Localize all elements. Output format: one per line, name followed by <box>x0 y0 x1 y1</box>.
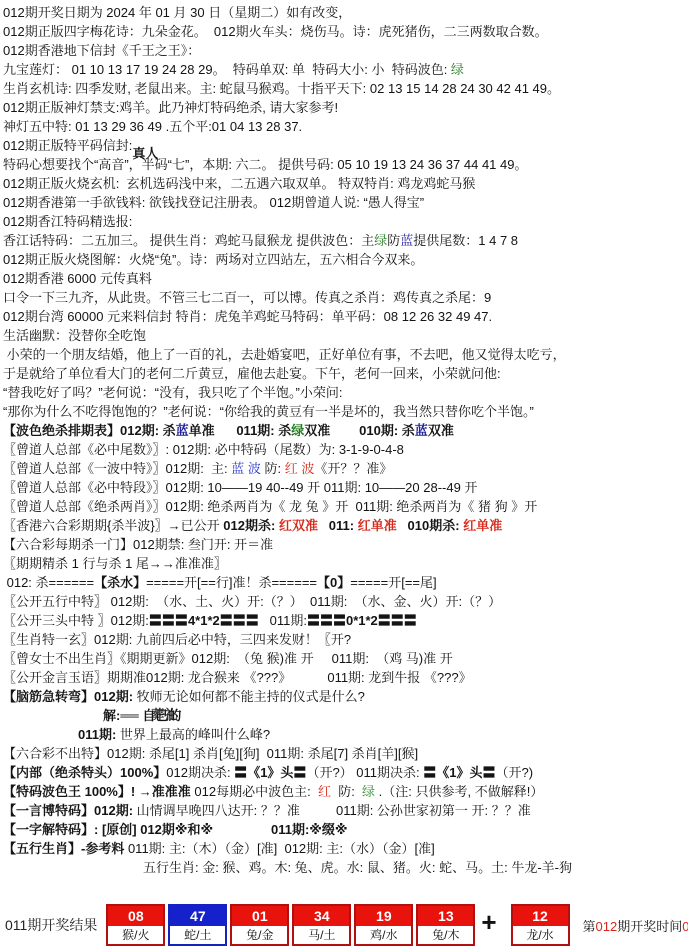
doc-line-14: 012期正版火烧图解：火烧“兔”。诗：两场对立四站左，五六相合今双来。 <box>3 250 685 269</box>
ball-number: 13 <box>418 906 473 926</box>
draw-results-label: 011期开奖结果 <box>5 915 97 935</box>
doc-line-44: 【一字解特码】: [原创] 012期※和※ 011期:※缀※ <box>3 820 685 839</box>
doc-text-segment: 〖曾道人总部《绝杀两肖》〗012期: 绝杀两肖为《 龙 兔 》开 011期: 绝… <box>3 499 537 514</box>
doc-text-segment: 绿 <box>451 62 464 77</box>
doc-line-33: 〖公开三头中特 〗012期:〓〓〓4*1*2〓〓〓 011期:〓〓〓0*1*2〓… <box>3 611 685 630</box>
doc-text-segment: 生肖玄机诗: 四季发财, 老鼠出来。主: 蛇鼠马猴鸡。十指平天下: 02 13 … <box>3 81 560 96</box>
doc-text-segment: 〖公开五行中特〗 012期: （水、土、火）开:（？） 011期: （水、金、火… <box>3 594 501 609</box>
doc-text-segment: 蓝 <box>176 423 189 438</box>
doc-text-segment: =====开[==行]准！杀====== <box>146 575 317 590</box>
doc-line-10: 012期正版火烧玄机: 玄机选码浅中来，二五遇六取双单。 特双特肖: 鸡龙鸡蛇马… <box>3 174 685 193</box>
ball-number: 08 <box>108 906 163 926</box>
doc-text-segment: 小荣的一个朋友结婚，他上了一百的礼，去赴婚宴吧，正好单位有事，不去吧，他又觉得太… <box>3 347 566 362</box>
doc-line-38: 解:══ 自己的葬礼 <box>3 706 685 725</box>
doc-line-26: 〖曾道人总部《必中特段》〗012期: 10——19 40--49 开 011期:… <box>3 478 685 497</box>
doc-text-segment: 【脑筋急转弯】012期: <box>3 689 137 704</box>
overlap-stamp-text: 真人 <box>132 146 158 161</box>
doc-text-segment: 蓝 <box>400 233 413 248</box>
next-draw-segment: 01 <box>682 919 688 934</box>
doc-text-segment: 012期香港地下信封《千王之王》： <box>3 43 200 58</box>
doc-text-segment: 〓〓〓 <box>378 613 417 628</box>
doc-line-4: 九宝莲灯： 01 10 13 17 19 24 28 29。 特码单双: 单 特… <box>3 60 685 79</box>
ball-zodiac-element: 马/土 <box>294 926 349 944</box>
doc-text-segment: 香江话特码：二五加三。 提供生肖：鸡蛇马鼠猴龙 提供波色：主 <box>3 233 374 248</box>
doc-text-segment: 0*1*2 <box>346 613 378 628</box>
doc-text-segment: 012期台湾 60000 元来料信封 特肖：虎兔羊鸡蛇马特码：单平码：08 12… <box>3 309 492 324</box>
draw-results-bar: 011期开奖结果 08猴/火47蛇/土01兔/金34马/土19鸡/水13兔/木 … <box>0 902 688 948</box>
doc-text-segment: 红 波 <box>285 461 315 476</box>
doc-line-46: 五行生肖: 金: 猴、鸡。木: 兔、虎。水: 鼠、猪。火: 蛇、马。土: 牛龙-… <box>3 858 685 877</box>
doc-text-segment: 【六合彩不出特】012期: 杀尾[1] 杀肖[兔][狗] 011期: 杀尾[7]… <box>3 746 418 761</box>
doc-line-29: 【六合彩每期杀一门】012期禁: 叁门开: 开＝准 <box>3 535 685 554</box>
doc-text-segment: 〖公开金言玉语〗期期准012期: 龙合猴来 《???》 011期: 龙到牛报 《… <box>3 670 472 685</box>
doc-text-segment: 绿 <box>362 784 375 799</box>
doc-text-segment: 提供尾数：1 4 7 8 <box>413 233 518 248</box>
ball-zodiac-element: 猴/火 <box>108 926 163 944</box>
doc-line-5: 生肖玄机诗: 四季发财, 老鼠出来。主: 蛇鼠马猴鸡。十指平天下: 02 13 … <box>3 79 685 98</box>
doc-line-13: 香江话特码：二五加三。 提供生肖：鸡蛇马鼠猴龙 提供波色：主绿防蓝提供尾数：1 … <box>3 231 685 250</box>
doc-line-32: 〖公开五行中特〗 012期: （水、土、火）开:（？） 011期: （水、金、火… <box>3 592 685 611</box>
doc-line-31: 012: 杀======【杀水】=====开[==行]准！杀======【0】=… <box>3 573 685 592</box>
doc-text-segment: 012期开奖日期为 2024 年 01 月 30 日（星期二）如有改变， <box>3 5 351 20</box>
doc-text-segment: 〖曾道人总部《一波中特》〗012期: 主: <box>3 461 231 476</box>
doc-text-segment: 012期香江特码精选报: <box>3 214 132 229</box>
doc-text-segment: 单准 011期: 杀 <box>189 423 292 438</box>
doc-text-segment: 012期杀: <box>223 518 279 533</box>
doc-text-segment: 红双准 <box>279 518 318 533</box>
doc-text-segment: 【内部（绝杀特头）100%】 <box>3 765 166 780</box>
doc-text-segment: 【五行生肖】-参考料 <box>3 841 128 856</box>
doc-text-segment: 世界上最高的峰叫什么峰? <box>120 727 270 742</box>
doc-text-segment: 011期: <box>259 613 307 628</box>
doc-text-segment: 五行生肖: 金: 猴、鸡。木: 兔、虎。水: 鼠、猪。火: 蛇、马。土: 牛龙-… <box>143 860 572 875</box>
ball-number: 34 <box>294 906 349 926</box>
doc-text-segment: 〖曾道人总部《必中特段》〗012期: 10——19 40--49 开 011期:… <box>3 480 477 495</box>
doc-line-25: 〖曾道人总部《一波中特》〗012期: 主: 蓝 波 防: 红 波《开？？准》 <box>3 459 685 478</box>
doc-text-segment: 011期: 主:（木）（金）[准] 012期: 主:（水）（金）[准] <box>128 841 435 856</box>
doc-line-11: 012期香港第一手欲钱料: 欲钱找登记注册表。 012期曾道人说: “愚人得宝” <box>3 193 685 212</box>
doc-text-segment: 012期正版神灯禁支:鸡羊。此乃神灯特码绝杀, 请大家参考! <box>3 100 338 115</box>
doc-text-segment: 012期香港第一手欲钱料: 欲钱找登记注册表。 012期曾道人说: “愚人得宝” <box>3 195 424 210</box>
doc-line-15: 012期香港 6000 元传真料 <box>3 269 685 288</box>
doc-text-segment: 012期正版特平码信封: <box>3 138 132 153</box>
plus-sign: + <box>481 907 496 938</box>
doc-text-segment: 〖香港六合彩期期{杀半波}〗→已公开 <box>3 518 223 533</box>
doc-line-35: 〖曾女士不出生肖〗《期期更新》012期: （兔 猴)准 开 011期: （鸡 马… <box>3 649 685 668</box>
doc-text-segment: 〓〓〓 <box>149 613 188 628</box>
doc-line-34: 〖生肖特一玄〗012期: 九前四后必中特，三四来发财！〖开? <box>3 630 685 649</box>
doc-text-segment: 〖曾道人总部《必中尾数》〗: 012期: 必中特码（尾数）为: 3-1-9-0-… <box>3 442 404 457</box>
next-draw-info: 第012期开奖时间01月30日 星期二21:30 <box>583 916 688 935</box>
doc-line-23: 【波色绝杀排期表】012期: 杀蓝单准 011期: 杀绿双准 010期: 杀蓝双… <box>3 421 685 440</box>
doc-line-12: 012期香江特码精选报: <box>3 212 685 231</box>
result-ball-5: 19鸡/水 <box>354 904 413 946</box>
doc-text-segment: 红 <box>318 784 331 799</box>
doc-text-segment: 牧师无论如何都不能主持的仪式是什么? <box>137 689 365 704</box>
ball-zodiac-element: 蛇/土 <box>170 926 225 944</box>
doc-text-segment: 【0】 <box>317 575 350 590</box>
doc-text-segment: 011期: <box>78 727 120 742</box>
doc-line-39: 011期: 世界上最高的峰叫什么峰? <box>3 725 685 744</box>
doc-text-segment: 012期正版火烧玄机: 玄机选码浅中来，二五遇六取双单。 特双特肖: 鸡龙鸡蛇马… <box>3 176 475 191</box>
doc-line-3: 012期香港地下信封《千王之王》： <box>3 41 685 60</box>
doc-text-segment: 蓝 波 <box>231 461 261 476</box>
doc-text-segment: 〖期期精杀 1 行与杀 1 尾→→准准准〗 <box>3 556 227 571</box>
lottery-tips-document: 012期开奖日期为 2024 年 01 月 30 日（星期二）如有改变，012期… <box>3 3 685 877</box>
doc-text-segment: 红单准 <box>463 518 502 533</box>
doc-text-segment: 《1》头 <box>247 765 293 780</box>
ball-zodiac-element: 鸡/水 <box>356 926 411 944</box>
doc-line-20: 于是就给了单位看大门的老何二斤黄豆，雇他去赴宴。下午，老何一回来，小荣就问他: <box>3 364 685 383</box>
doc-line-28: 〖香港六合彩期期{杀半波}〗→已公开 012期杀: 红双准 011: 红单准 0… <box>3 516 685 535</box>
doc-text-segment: 特码心想要找个“高音”，半码“七”，本期: 六二。 提供号码: 05 10 19… <box>3 157 527 172</box>
doc-line-21: “替我吃好了吗？”老何说：“没有，我只吃了个半饱。”小荣问: <box>3 383 685 402</box>
doc-text-segment: 《1》头 <box>436 765 482 780</box>
doc-text-segment: 4*1*2 <box>188 613 220 628</box>
draw-balls: 08猴/火47蛇/土01兔/金34马/土19鸡/水13兔/木 <box>106 904 478 946</box>
doc-line-41: 【内部（绝杀特头）100%】012期决杀: 〓《1》头〓（开?） 011期决杀:… <box>3 763 685 782</box>
doc-text-segment: 〓 <box>423 765 436 780</box>
doc-text-segment: 神灯五中特: 01 13 29 36 49 .五个平:01 04 13 28 3… <box>3 119 302 134</box>
doc-text-segment: 于是就给了单位看大门的老何二斤黄豆，雇他去赴宴。下午，老何一回来，小荣就问他: <box>3 366 501 381</box>
next-draw-segment: 第 <box>583 919 596 934</box>
doc-line-7: 神灯五中特: 01 13 29 36 49 .五个平:01 04 13 28 3… <box>3 117 685 136</box>
result-ball-6: 13兔/木 <box>416 904 475 946</box>
doc-text-segment: 〓 <box>482 765 495 780</box>
doc-text-segment: 〓 <box>234 765 247 780</box>
doc-text-segment: 〖曾女士不出生肖〗《期期更新》012期: （兔 猴)准 开 011期: （鸡 马… <box>3 651 453 666</box>
doc-text-segment: 〖公开三头中特 〗012期: <box>3 613 149 628</box>
doc-line-19: 小荣的一个朋友结婚，他上了一百的礼，去赴婚宴吧，正好单位有事，不去吧，他又觉得太… <box>3 345 685 364</box>
doc-text-segment: 【一言博特码】012期: <box>3 803 137 818</box>
doc-text-segment: 双准 <box>428 423 454 438</box>
doc-text-segment: 〓〓〓 <box>307 613 346 628</box>
ball-number: 12 <box>513 906 568 926</box>
doc-line-22: “那你为什么不吃得饱饱的？”老何说：“你给我的黄豆有一半是坏的，我当然只替你吃个… <box>3 402 685 421</box>
special-ball-wrap: 12龙/水 <box>511 904 573 946</box>
doc-text-segment: 012期正版四字梅花诗：九朵金花。 012期火车头：烧伤马。诗：虎死猪伤，二三两… <box>3 24 548 39</box>
doc-text-segment: 【特码波色王 100%】! →准准准 <box>3 784 194 799</box>
doc-text-segment: 防 <box>387 233 400 248</box>
doc-text-segment: 蓝 <box>415 423 428 438</box>
doc-text-segment: （开?） 011期决杀: <box>306 765 423 780</box>
doc-line-6: 012期正版神灯禁支:鸡羊。此乃神灯特码绝杀, 请大家参考! <box>3 98 685 117</box>
doc-text-segment: 011: <box>318 518 358 533</box>
doc-text-segment: 012期正版火烧图解：火烧“兔”。诗：两场对立四站左，五六相合今双来。 <box>3 252 423 267</box>
overlap-stamp-text: 葬礼 <box>151 707 177 722</box>
doc-text-segment: “替我吃好了吗？”老何说：“没有，我只吃了个半饱。”小荣问: <box>3 385 342 400</box>
doc-text-segment: 防: <box>331 784 362 799</box>
result-ball-2: 47蛇/土 <box>168 904 227 946</box>
doc-line-1: 012期开奖日期为 2024 年 01 月 30 日（星期二）如有改变， <box>3 3 685 22</box>
result-ball-4: 34马/土 <box>292 904 351 946</box>
doc-text-segment: 【一字解特码】: [原创] 012期※和※ <box>3 822 213 837</box>
doc-line-16: 口令一下三九齐，从此贵。不管三七二百一，可以博。传真之杀肖：鸡传真之杀尾：9 <box>3 288 685 307</box>
doc-line-42: 【特码波色王 100%】! →准准准 012每期必中波色主: 红 防: 绿 .（… <box>3 782 685 801</box>
result-ball-1: 08猴/火 <box>106 904 165 946</box>
doc-text-segment: .（注: 只供参考, 不做解释!） <box>375 784 543 799</box>
doc-line-37: 【脑筋急转弯】012期: 牧师无论如何都不能主持的仪式是什么? <box>3 687 685 706</box>
doc-text-segment: 解:══ <box>103 708 142 723</box>
doc-text-segment: 红单准 <box>358 518 397 533</box>
ball-zodiac-element: 兔/木 <box>418 926 473 944</box>
doc-line-18: 生活幽默：没替你全吃饱 <box>3 326 685 345</box>
doc-text-segment: 山情调早晚四八达开: ？？准 011期: 公孙世家初第一 开: ？？准 <box>137 803 531 818</box>
doc-text-segment: =====开[==尾] <box>350 575 436 590</box>
doc-text-segment: 011期:※缀※ <box>213 822 347 837</box>
doc-line-9: 特码心想要找个“高音”，半码“七”，本期: 六二。 提供号码: 05 10 19… <box>3 155 685 174</box>
doc-text-segment: 口令一下三九齐，从此贵。不管三七二百一，可以博。传真之杀肖：鸡传真之杀尾：9 <box>3 290 491 305</box>
doc-text-segment: 012期香港 6000 元传真料 <box>3 271 152 286</box>
doc-text-segment: 绿 <box>374 233 387 248</box>
ball-zodiac-element: 兔/金 <box>232 926 287 944</box>
doc-text-segment: 〓〓〓 <box>220 613 259 628</box>
doc-text-segment: 【六合彩每期杀一门】012期禁: 叁门开: 开＝准 <box>3 537 273 552</box>
doc-text-segment: 012每期必中波色主: <box>194 784 318 799</box>
doc-line-40: 【六合彩不出特】012期: 杀尾[1] 杀肖[兔][狗] 011期: 杀尾[7]… <box>3 744 685 763</box>
doc-line-2: 012期正版四字梅花诗：九朵金花。 012期火车头：烧伤马。诗：虎死猪伤，二三两… <box>3 22 685 41</box>
doc-text-segment: 九宝莲灯： 01 10 13 17 19 24 28 29。 特码单双: 单 特… <box>3 62 451 77</box>
doc-text-segment: 绿 <box>291 423 304 438</box>
doc-line-30: 〖期期精杀 1 行与杀 1 尾→→准准准〗 <box>3 554 685 573</box>
ball-number: 19 <box>356 906 411 926</box>
doc-text-segment: 010期杀: <box>397 518 463 533</box>
ball-number: 47 <box>170 906 225 926</box>
doc-text-segment: 012: 杀====== <box>3 575 94 590</box>
doc-line-8: 012期正版特平码信封:真人 <box>3 136 685 155</box>
doc-text-segment: 〓 <box>293 765 306 780</box>
doc-text-segment: 〖生肖特一玄〗012期: 九前四后必中特，三四来发财！〖开? <box>3 632 351 647</box>
doc-text-segment: 防: <box>261 461 285 476</box>
doc-text-segment: 《开？？准》 <box>314 461 392 476</box>
doc-text-segment: 012期决杀: <box>166 765 234 780</box>
doc-text-segment: （开?) <box>496 765 534 780</box>
doc-text-segment: 双准 010期: 杀 <box>304 423 415 438</box>
doc-text-segment: 【波色绝杀排期表】012期: 杀 <box>3 423 176 438</box>
next-draw-segment: 期开奖时间 <box>617 919 682 934</box>
doc-text-segment: “那你为什么不吃得饱饱的？”老何说：“你给我的黄豆有一半是坏的，我当然只替你吃个… <box>3 404 534 419</box>
doc-line-36: 〖公开金言玉语〗期期准012期: 龙合猴来 《???》 011期: 龙到牛报 《… <box>3 668 685 687</box>
doc-line-17: 012期台湾 60000 元来料信封 特肖：虎兔羊鸡蛇马特码：单平码：08 12… <box>3 307 685 326</box>
result-ball-3: 01兔/金 <box>230 904 289 946</box>
doc-line-45: 【五行生肖】-参考料 011期: 主:（木）（金）[准] 012期: 主:（水）… <box>3 839 685 858</box>
doc-line-24: 〖曾道人总部《必中尾数》〗: 012期: 必中特码（尾数）为: 3-1-9-0-… <box>3 440 685 459</box>
next-draw-segment: 012 <box>596 919 618 934</box>
ball-zodiac-element: 龙/水 <box>513 926 568 944</box>
ball-number: 01 <box>232 906 287 926</box>
doc-text-segment: 生活幽默：没替你全吃饱 <box>3 328 146 343</box>
doc-line-27: 〖曾道人总部《绝杀两肖》〗012期: 绝杀两肖为《 龙 兔 》开 011期: 绝… <box>3 497 685 516</box>
special-ball: 12龙/水 <box>511 904 570 946</box>
doc-line-43: 【一言博特码】012期: 山情调早晚四八达开: ？？准 011期: 公孙世家初第… <box>3 801 685 820</box>
doc-text-segment: 【杀水】 <box>94 575 146 590</box>
